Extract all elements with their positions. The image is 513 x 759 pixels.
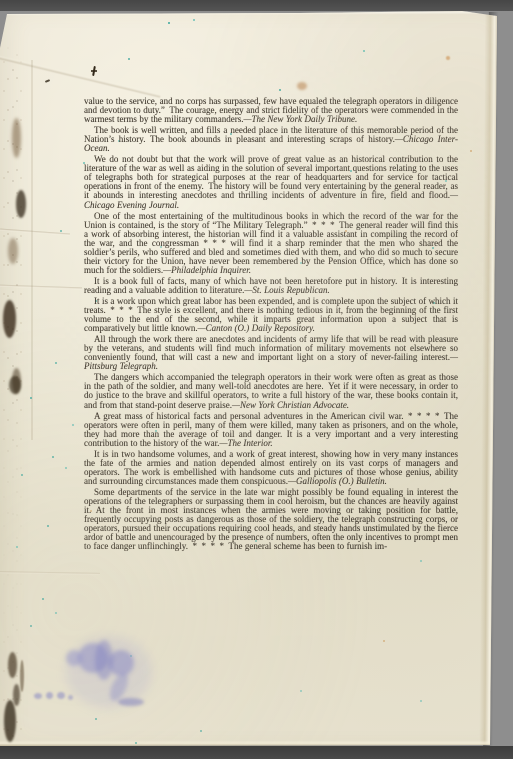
paragraph-source: —St. Louis Republican. (244, 285, 329, 295)
paragraph-text: One of the most entertaining of the mult… (84, 211, 458, 275)
review-paragraph: value to the service, and no corps has s… (84, 97, 458, 124)
paragraph-text: We do not doubt but that the work will p… (84, 154, 458, 200)
scanner-top-band (0, 0, 513, 11)
paragraph-text: All through the work there are anecdotes… (84, 334, 458, 362)
scanner-bottom-band (0, 746, 513, 759)
ink-blot (108, 650, 134, 676)
page-text: value to the service, and no corps has s… (84, 97, 458, 553)
ink-smudge (68, 695, 73, 700)
review-paragraph: It is a work upon which great labor has … (84, 297, 458, 333)
review-paragraph: Some departments of the service in the l… (84, 488, 458, 551)
review-paragraph: We do not doubt but that the work will p… (84, 155, 458, 209)
paragraph-source: —Canton (O.) Daily Repository. (198, 323, 315, 333)
binding-residue-blob (4, 700, 16, 742)
binding-residue-blob (8, 652, 17, 678)
paragraph-source: —The New York Daily Tribune. (243, 114, 357, 124)
binding-residue-blob (12, 118, 21, 158)
ink-smudge (34, 693, 42, 699)
paragraph-source: —The Interior. (219, 438, 272, 448)
ink-smudge (57, 692, 65, 699)
review-paragraph: One of the most entertaining of the mult… (84, 212, 458, 275)
pen-tick-mark (91, 70, 97, 72)
page-top-edge-highlight (6, 11, 494, 15)
scanner-background: value to the service, and no corps has s… (0, 0, 513, 759)
binding-residue-blob (20, 660, 24, 692)
ink-blot (66, 650, 82, 666)
binding-residue-blob (3, 300, 16, 338)
ink-smudge (46, 692, 53, 699)
paragraph-source: —Galliopolis (O.) Bulletin. (288, 476, 387, 486)
ink-blot-dash (118, 698, 144, 706)
binding-residue-blob (16, 190, 26, 218)
review-paragraph: The book is well written, and fills a ne… (84, 126, 458, 153)
paragraph-text: Some departments of the service in the l… (84, 487, 458, 551)
review-paragraph: All through the work there are anecdotes… (84, 335, 458, 371)
rust-speck (446, 56, 450, 60)
page-bottom-edge-highlight (0, 740, 490, 746)
review-paragraph: It is a book full of facts, many of whic… (84, 277, 458, 295)
binding-residue-blob (9, 376, 21, 394)
paragraph-source: —New York Christian Advocate. (232, 400, 349, 410)
binding-residue-blob (13, 684, 20, 706)
rust-stain (297, 82, 307, 90)
scanned-page: value to the service, and no corps has s… (0, 0, 513, 759)
paragraph-text: It is in two handsome volumes, and a wor… (84, 449, 458, 486)
pen-tick-mark (45, 79, 50, 83)
review-paragraph: A great mass of historical facts and per… (84, 412, 458, 448)
paragraph-source: —Philadelphia Inquirer. (163, 265, 251, 275)
paper-crease (31, 60, 33, 440)
review-paragraph: The dangers which accompanied the telegr… (84, 373, 458, 409)
binding-residue-blob (8, 238, 18, 264)
review-paragraph: It is in two handsome volumes, and a wor… (84, 450, 458, 486)
